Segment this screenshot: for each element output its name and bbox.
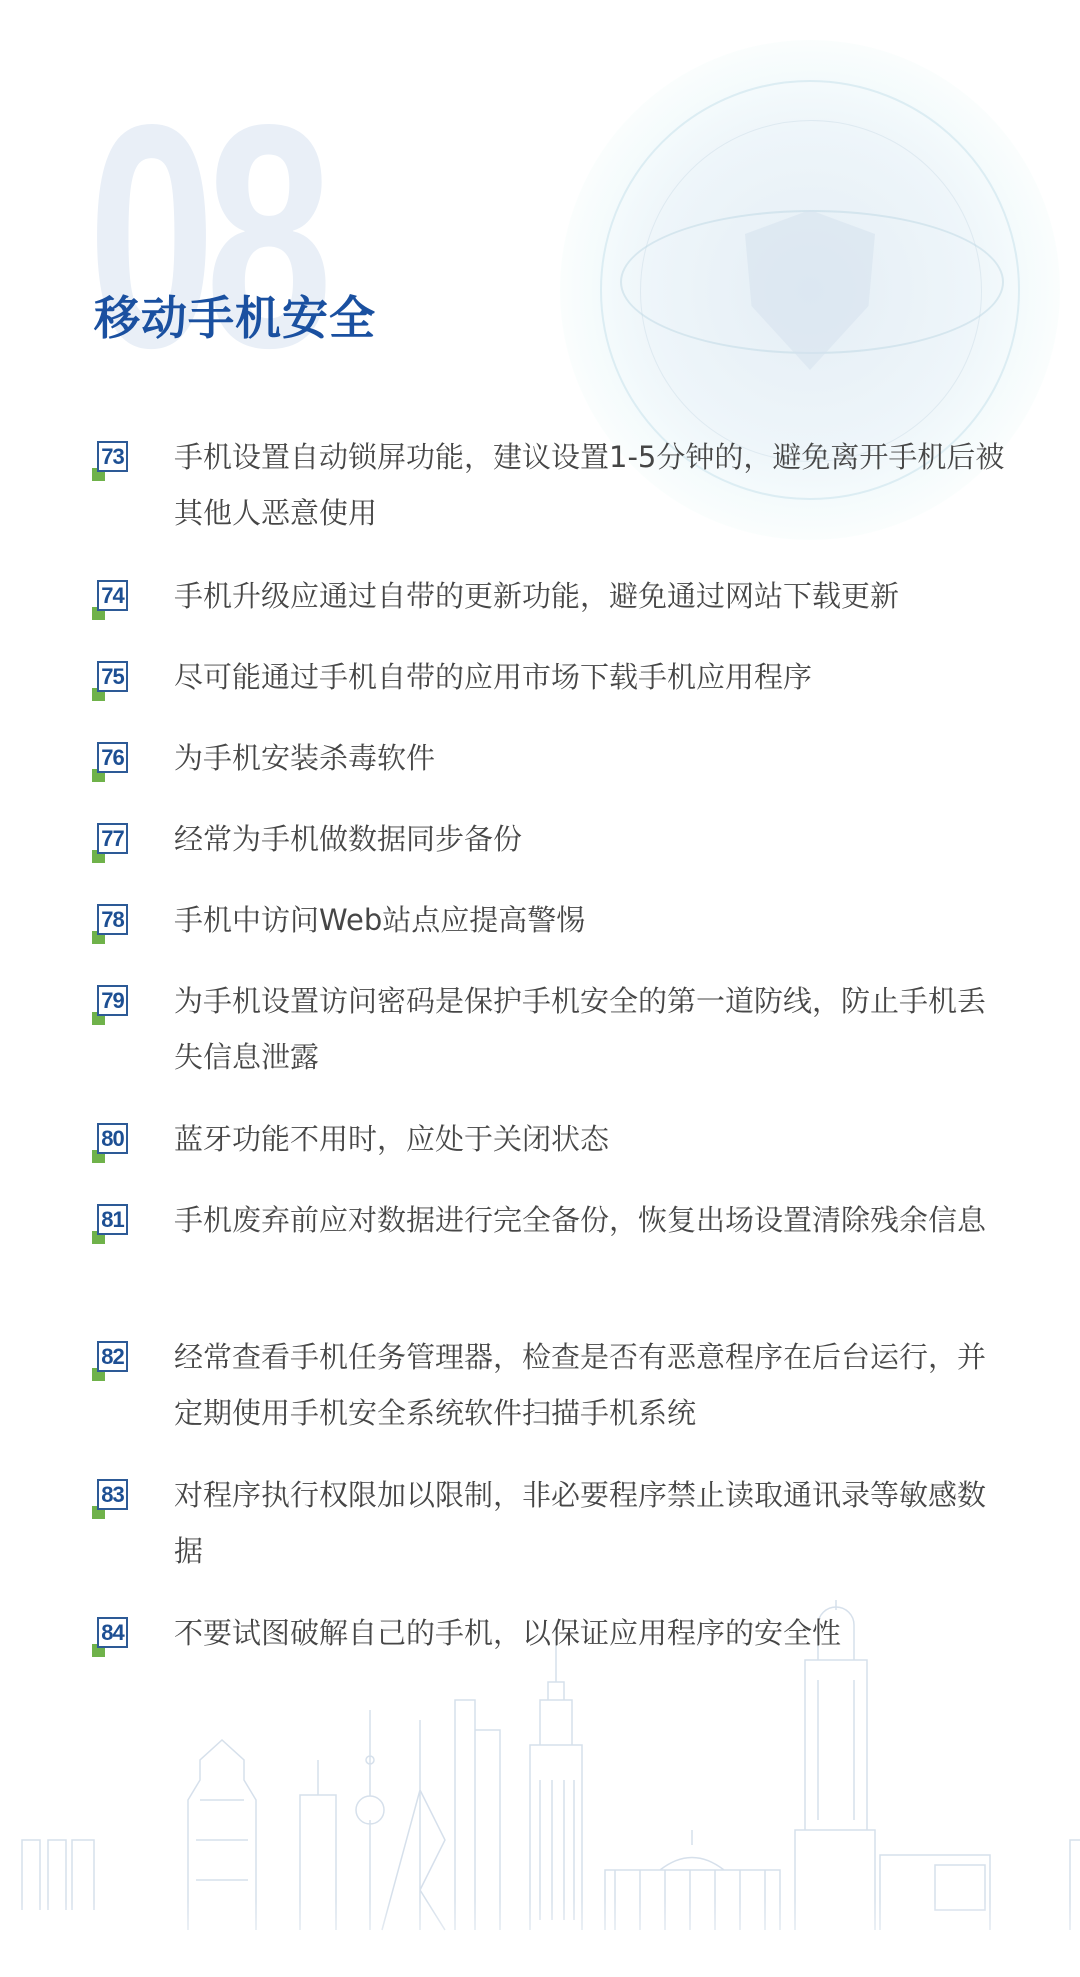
item-number-badge: 74 bbox=[97, 580, 128, 611]
item-text: 手机中访问Web站点应提高警惕 bbox=[174, 892, 1014, 948]
item-number-badge: 83 bbox=[97, 1479, 128, 1510]
item-text: 经常为手机做数据同步备份 bbox=[174, 811, 1014, 867]
item-number-badge: 81 bbox=[97, 1204, 128, 1235]
item-number-badge: 84 bbox=[97, 1617, 128, 1648]
item-text: 手机升级应通过自带的更新功能，避免通过网站下载更新 bbox=[174, 568, 1014, 624]
section-number-watermark: 08 bbox=[88, 78, 323, 396]
item-text: 手机废弃前应对数据进行完全备份，恢复出场设置清除残余信息 bbox=[174, 1192, 1014, 1248]
item-text: 对程序执行权限加以限制，非必要程序禁止读取通讯录等敏感数据 bbox=[174, 1467, 1014, 1579]
item-number-badge: 76 bbox=[97, 742, 128, 773]
item-text: 手机设置自动锁屏功能，建议设置1-5分钟的，避免离开手机后被其他人恶意使用 bbox=[174, 429, 1014, 541]
item-text: 不要试图破解自己的手机，以保证应用程序的安全性 bbox=[174, 1605, 1014, 1661]
item-text: 为手机安装杀毒软件 bbox=[174, 730, 1014, 786]
item-number-badge: 79 bbox=[97, 985, 128, 1016]
item-number-badge: 78 bbox=[97, 904, 128, 935]
item-number-badge: 73 bbox=[97, 441, 128, 472]
item-number-badge: 80 bbox=[97, 1123, 128, 1154]
item-number-badge: 77 bbox=[97, 823, 128, 854]
item-text: 为手机设置访问密码是保护手机安全的第一道防线，防止手机丢失信息泄露 bbox=[174, 973, 1014, 1085]
item-text: 经常查看手机任务管理器，检查是否有恶意程序在后台运行，并定期使用手机安全系统软件… bbox=[174, 1329, 1014, 1441]
item-number-badge: 75 bbox=[97, 661, 128, 692]
item-text: 蓝牙功能不用时，应处于关闭状态 bbox=[174, 1111, 1014, 1167]
item-text: 尽可能通过手机自带的应用市场下载手机应用程序 bbox=[174, 649, 1014, 705]
item-number-badge: 82 bbox=[97, 1341, 128, 1372]
section-title: 移动手机安全 bbox=[94, 282, 376, 348]
